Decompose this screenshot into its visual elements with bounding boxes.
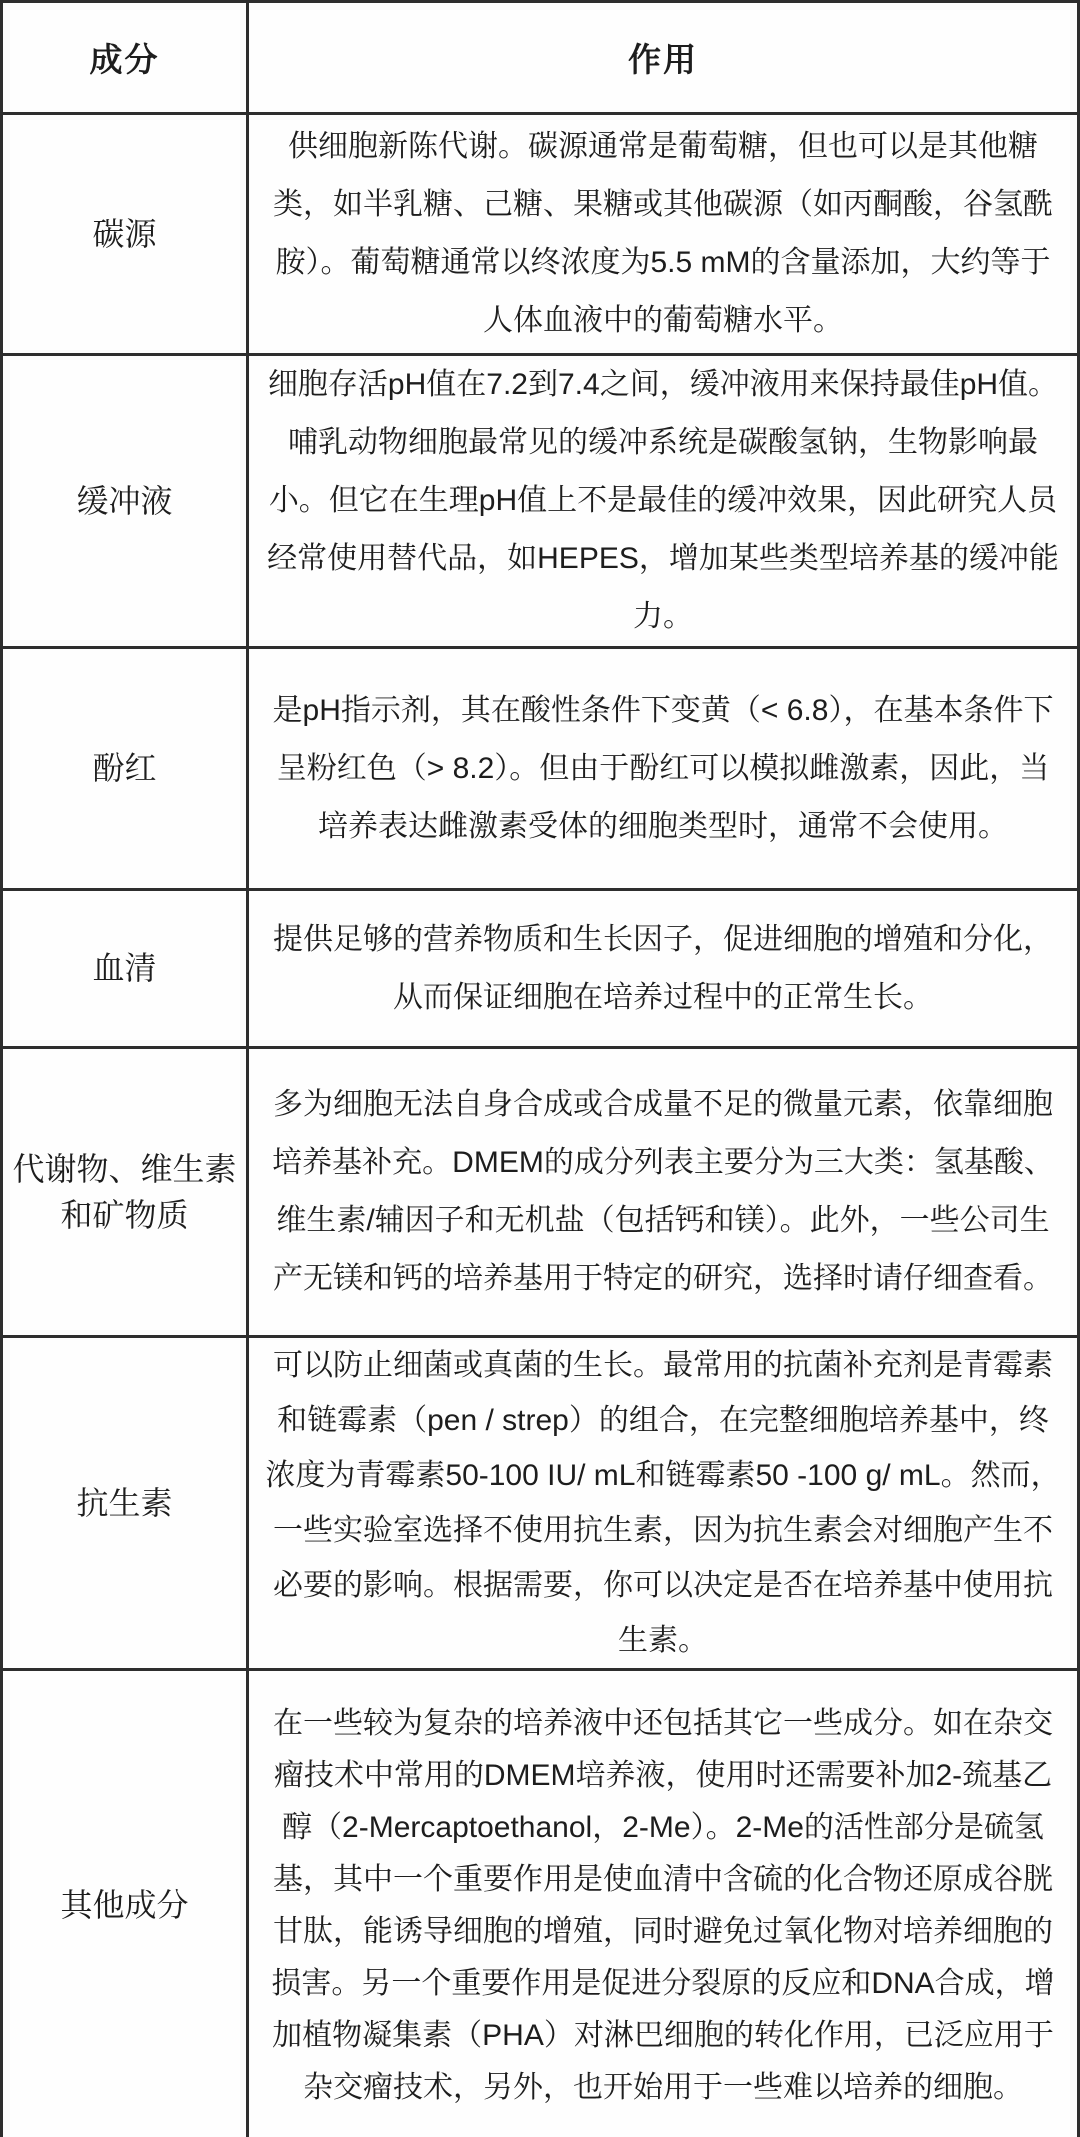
effect-cell: 可以防止细菌或真菌的生长。最常用的抗菌补充剂是青霉素和链霉素（pen / str… — [248, 1337, 1079, 1670]
table-row-serum: 血清 提供足够的营养物质和生长因子，促进细胞的增殖和分化，从而保证细胞在培养过程… — [2, 890, 1079, 1048]
table-row-buffer: 缓冲液 细胞存活pH值在7.2到7.4之间，缓冲液用来保持最佳pH值。哺乳动物细… — [2, 355, 1079, 648]
component-cell: 血清 — [2, 890, 248, 1048]
component-cell: 酚红 — [2, 648, 248, 890]
component-cell: 碳源 — [2, 114, 248, 355]
table-row-metabolites-vitamins-minerals: 代谢物、维生素和矿物质 多为细胞无法自身合成或合成量不足的微量元素，依靠细胞培养… — [2, 1048, 1079, 1337]
effect-cell: 在一些较为复杂的培养液中还包括其它一些成分。如在杂交瘤技术中常用的DMEM培养液… — [248, 1670, 1079, 2137]
table-row-antibiotics: 抗生素 可以防止细菌或真菌的生长。最常用的抗菌补充剂是青霉素和链霉素（pen /… — [2, 1337, 1079, 1670]
table-row-other-components: 其他成分 在一些较为复杂的培养液中还包括其它一些成分。如在杂交瘤技术中常用的DM… — [2, 1670, 1079, 2137]
component-cell: 缓冲液 — [2, 355, 248, 648]
component-cell: 其他成分 — [2, 1670, 248, 2137]
effect-cell: 多为细胞无法自身合成或合成量不足的微量元素，依靠细胞培养基补充。DMEM的成分列… — [248, 1048, 1079, 1337]
component-cell: 代谢物、维生素和矿物质 — [2, 1048, 248, 1337]
header-cell-effect: 作用 — [248, 2, 1079, 114]
table-row-phenol-red: 酚红 是pH指示剂，其在酸性条件下变黄（< 6.8），在基本条件下呈粉红色（> … — [2, 648, 1079, 890]
table-header-row: 成分 作用 — [2, 2, 1079, 114]
table-row-carbon-source: 碳源 供细胞新陈代谢。碳源通常是葡萄糖，但也可以是其他糖类，如半乳糖、己糖、果糖… — [2, 114, 1079, 355]
effect-cell: 是pH指示剂，其在酸性条件下变黄（< 6.8），在基本条件下呈粉红色（> 8.2… — [248, 648, 1079, 890]
effect-cell: 细胞存活pH值在7.2到7.4之间，缓冲液用来保持最佳pH值。哺乳动物细胞最常见… — [248, 355, 1079, 648]
effect-cell: 供细胞新陈代谢。碳源通常是葡萄糖，但也可以是其他糖类，如半乳糖、己糖、果糖或其他… — [248, 114, 1079, 355]
effect-cell: 提供足够的营养物质和生长因子，促进细胞的增殖和分化，从而保证细胞在培养过程中的正… — [248, 890, 1079, 1048]
document-page: 成分 作用 碳源 供细胞新陈代谢。碳源通常是葡萄糖，但也可以是其他糖类，如半乳糖… — [0, 0, 1080, 2137]
media-components-table: 成分 作用 碳源 供细胞新陈代谢。碳源通常是葡萄糖，但也可以是其他糖类，如半乳糖… — [0, 0, 1080, 2137]
header-cell-component: 成分 — [2, 2, 248, 114]
component-cell: 抗生素 — [2, 1337, 248, 1670]
